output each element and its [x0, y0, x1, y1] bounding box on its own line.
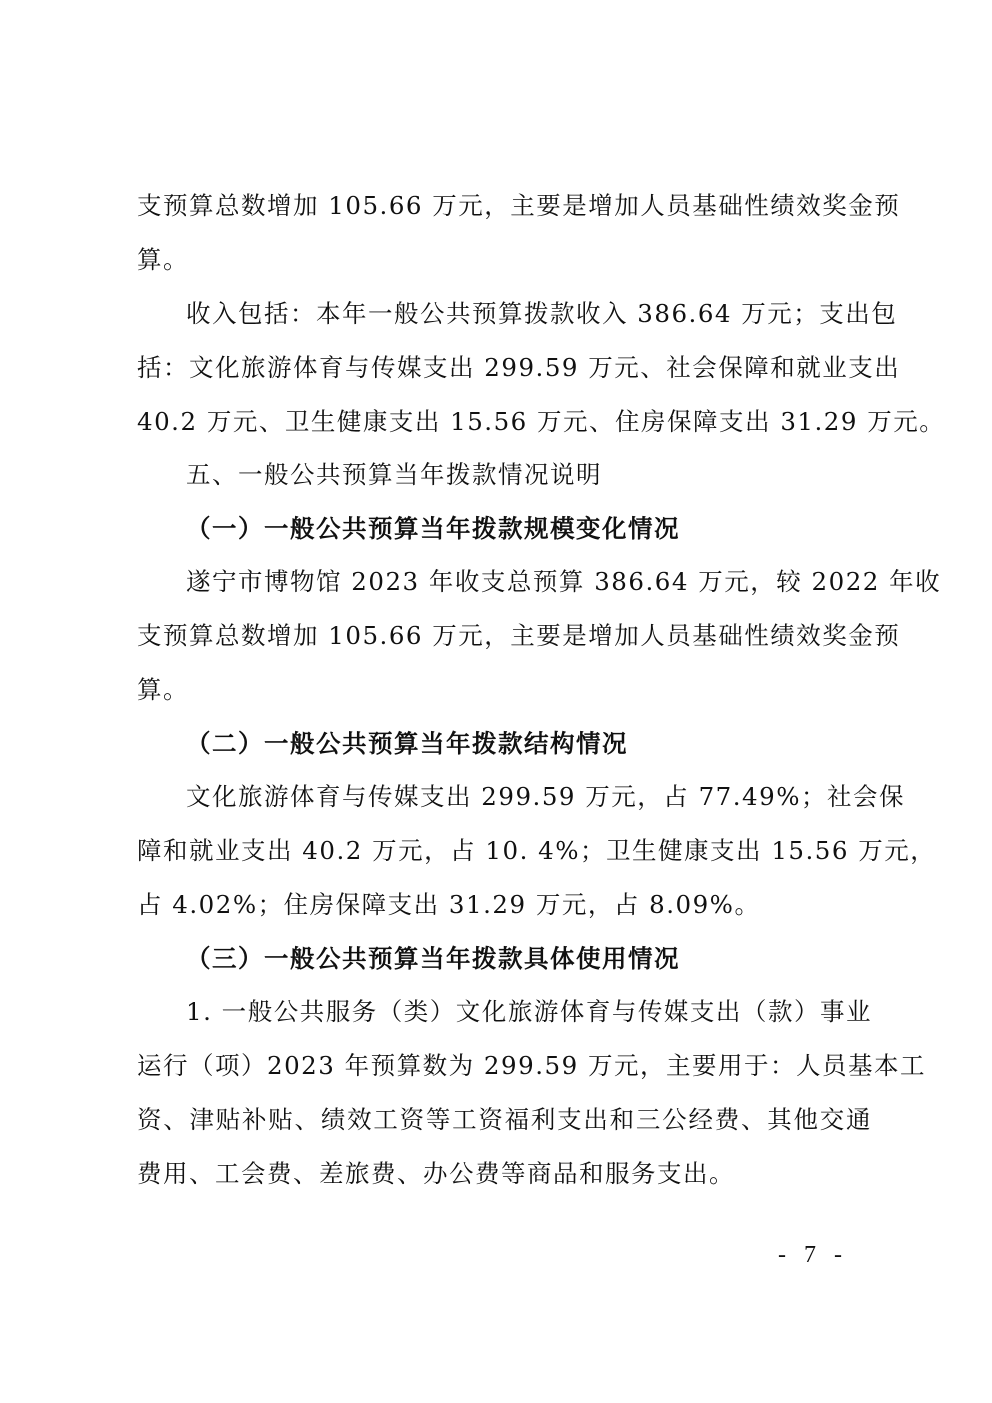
- paragraph-line: 费用、工会费、差旅费、办公费等商品和服务支出。: [137, 1158, 872, 1190]
- paragraph-line: 障和就业支出 40.2 万元，占 10. 4%；卫生健康支出 15.56 万元，: [137, 835, 872, 867]
- paragraph-line: 资、津贴补贴、绩效工资等工资福利支出和三公经费、其他交通: [137, 1104, 872, 1136]
- section-heading: 五、一般公共预算当年拨款情况说明: [186, 459, 921, 491]
- document-page: 支预算总数增加 105.66 万元，主要是增加人员基础性绩效奖金预 算。 收入包…: [0, 0, 992, 1403]
- page-number: - 7 -: [778, 1242, 848, 1269]
- subsection-heading: （三）一般公共预算当年拨款具体使用情况: [186, 943, 921, 975]
- paragraph-line: 占 4.02%；住房保障支出 31.29 万元，占 8.09%。: [137, 889, 872, 921]
- subsection-heading: （二）一般公共预算当年拨款结构情况: [186, 728, 921, 760]
- usage-paragraph-line: 1. 一般公共服务（类）文化旅游体育与传媒支出（款）事业: [186, 996, 872, 1028]
- income-paragraph-line: 收入包括：本年一般公共预算拨款收入 386.64 万元；支出包: [186, 298, 872, 330]
- paragraph-line: 算。: [137, 674, 872, 706]
- structure-paragraph-line: 文化旅游体育与传媒支出 299.59 万元，占 77.49%；社会保: [186, 781, 872, 813]
- paragraph-line: 支预算总数增加 105.66 万元，主要是增加人员基础性绩效奖金预: [137, 620, 872, 652]
- paragraph-line: 括：文化旅游体育与传媒支出 299.59 万元、社会保障和就业支出: [137, 352, 872, 384]
- scale-paragraph-line: 遂宁市博物馆 2023 年收支总预算 386.64 万元，较 2022 年收: [186, 566, 872, 598]
- paragraph-line: 运行（项）2023 年预算数为 299.59 万元，主要用于：人员基本工: [137, 1050, 872, 1082]
- paragraph-line: 40.2 万元、卫生健康支出 15.56 万元、住房保障支出 31.29 万元。: [137, 406, 872, 438]
- paragraph-line: 算。: [137, 244, 872, 276]
- paragraph-line: 支预算总数增加 105.66 万元，主要是增加人员基础性绩效奖金预: [137, 190, 872, 222]
- subsection-heading: （一）一般公共预算当年拨款规模变化情况: [186, 513, 921, 545]
